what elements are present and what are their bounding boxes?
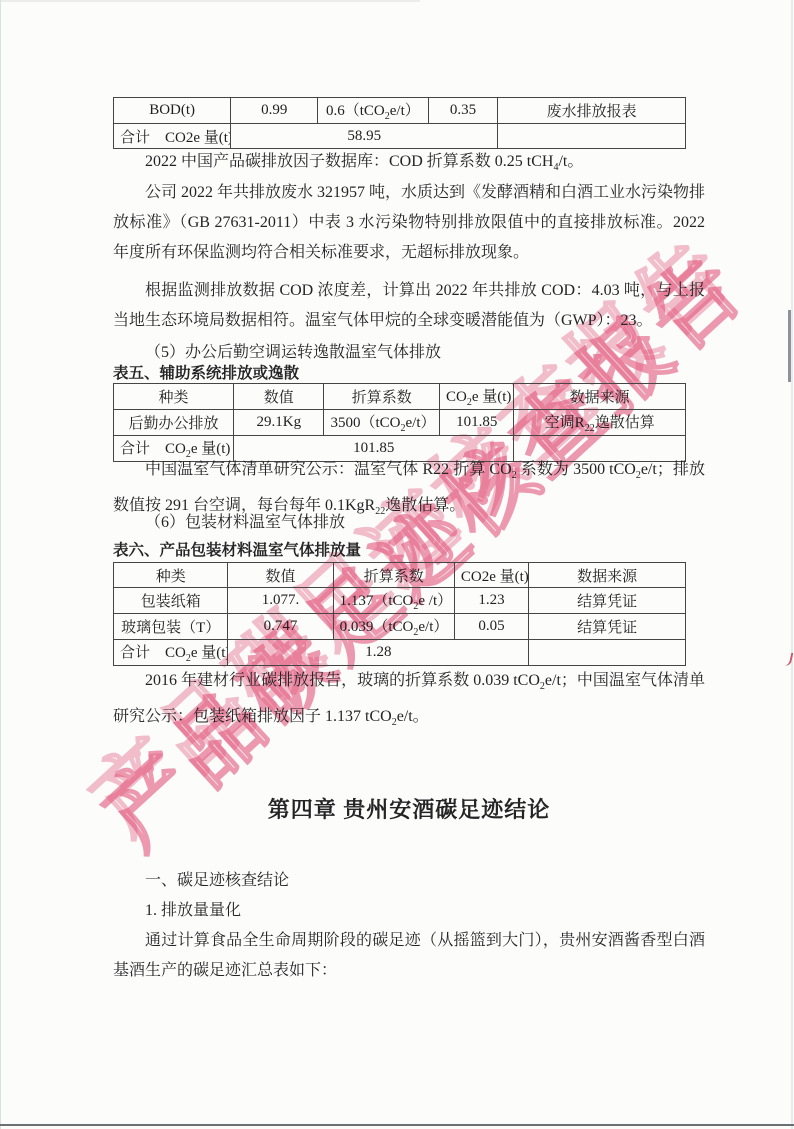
cell-species: BOD(t) <box>114 98 231 124</box>
cell-value: 29.1Kg <box>234 410 324 436</box>
cell-source: 结算凭证 <box>529 588 686 614</box>
table-wastewater-continuation: BOD(t) 0.99 0.6（tCO2e/t） 0.35 废水排放报表 合计 … <box>113 97 686 149</box>
cell-species: 包装纸箱 <box>114 588 228 614</box>
table5-caption: 表五、辅助系统排放或逸散 <box>113 363 705 385</box>
total-value: 1.28 <box>228 640 529 666</box>
scan-edge-right-dark-segment <box>788 310 791 382</box>
cell-species: 后勤办公排放 <box>114 410 234 436</box>
scan-edge-right <box>791 0 793 1129</box>
total-label: 合计 CO2e 量(t) <box>114 124 231 149</box>
header-value: 数值 <box>228 563 333 588</box>
chapter-title: 第四章 贵州安酒碳足迹结论 <box>113 793 705 827</box>
table-row: 包装纸箱 1.077. 1.137（tCO2e /t） 1.23 结算凭证 <box>114 588 686 614</box>
total-value: 58.95 <box>231 124 498 149</box>
header-source: 数据来源 <box>529 563 686 588</box>
total-label: 合计 CO2e 量(t) <box>114 640 228 666</box>
cell-species: 玻璃包装（T） <box>114 614 228 640</box>
table-header-row: 种类 数值 折算系数 CO2e 量(t) 数据来源 <box>114 563 686 588</box>
header-factor: 折算系数 <box>333 563 454 588</box>
cell-co2e: 101.85 <box>440 410 514 436</box>
cell-value: 0.747 <box>228 614 333 640</box>
table-row: 后勤办公排放 29.1Kg 3500（tCO2e/t） 101.85 空调R22… <box>114 410 686 436</box>
cell-co2e: 0.05 <box>454 614 528 640</box>
table-header-row: 种类 数值 折算系数 CO2e 量(t) 数据来源 <box>114 384 686 410</box>
header-species: 种类 <box>114 384 234 410</box>
table-auxiliary-emissions: 种类 数值 折算系数 CO2e 量(t) 数据来源 后勤办公排放 29.1Kg … <box>113 383 686 462</box>
header-co2e: CO2e 量(t) <box>440 384 514 410</box>
cell-source: 结算凭证 <box>529 614 686 640</box>
table-row: BOD(t) 0.99 0.6（tCO2e/t） 0.35 废水排放报表 <box>114 98 686 124</box>
cell-source: 废水排放报表 <box>498 98 686 124</box>
header-factor: 折算系数 <box>324 384 440 410</box>
cell-factor: 3500（tCO2e/t） <box>324 410 440 436</box>
paragraph-conclusion-intro: 通过计算食品全生命周期阶段的碳足迹（从摇篮到大门），贵州安酒酱香型白酒基酒生产的… <box>113 926 705 986</box>
cell-factor: 1.137（tCO2e /t） <box>333 588 454 614</box>
table-total-row: 合计 CO2e 量(t) 58.95 <box>114 124 686 149</box>
header-co2e: CO2e 量(t) <box>454 563 528 588</box>
cell-co2e: 1.23 <box>454 588 528 614</box>
paragraph-cod-monitoring: 根据监测排放数据 COD 浓度差，计算出 2022 年共排放 COD：4.03 … <box>113 276 705 336</box>
table6-caption: 表六、产品包装材料温室气体排放量 <box>113 540 705 562</box>
scan-edge-bottom <box>0 1124 794 1126</box>
total-source <box>529 640 686 666</box>
table-row: 玻璃包装（T） 0.747 0.039（tCO2e/t） 0.05 结算凭证 <box>114 614 686 640</box>
header-source: 数据来源 <box>514 384 686 410</box>
paragraph-wastewater: 公司 2022 年共排放废水 321957 吨，水质达到《发酵酒精和白酒工业水污… <box>113 178 705 268</box>
cell-value: 1.077. <box>228 588 333 614</box>
cell-value: 0.99 <box>231 98 318 124</box>
cell-factor: 0.039（tCO2e/t） <box>333 614 454 640</box>
cell-source: 空调R22逸散估算 <box>514 410 686 436</box>
cell-factor: 0.6（tCO2e/t） <box>318 98 428 124</box>
total-source <box>498 124 686 149</box>
cell-co2e: 0.35 <box>428 98 498 124</box>
list-item-6: （6）包装材料温室气体排放 <box>113 508 705 538</box>
header-value: 数值 <box>234 384 324 410</box>
table-packaging-emissions: 种类 数值 折算系数 CO2e 量(t) 数据来源 包装纸箱 1.077. 1.… <box>113 562 686 666</box>
scan-edge-left <box>0 0 1 1129</box>
section-heading-1: 一、碳足迹核查结论 <box>113 866 705 896</box>
section-item-1: 1. 排放量量化 <box>113 896 705 926</box>
scan-edge-top <box>0 0 420 2</box>
header-species: 种类 <box>114 563 228 588</box>
paragraph-glass-factor: 2016 年建材行业碳排放报告，玻璃的折算系数 0.039 tCO2e/t；中国… <box>113 666 705 738</box>
document-page: 产品碳足迹核查报告 产品碳足迹核查报告 BOD(t) 0.99 0.6（tCO2… <box>0 0 794 1129</box>
table-total-row: 合计 CO2e 量(t) 1.28 <box>114 640 686 666</box>
